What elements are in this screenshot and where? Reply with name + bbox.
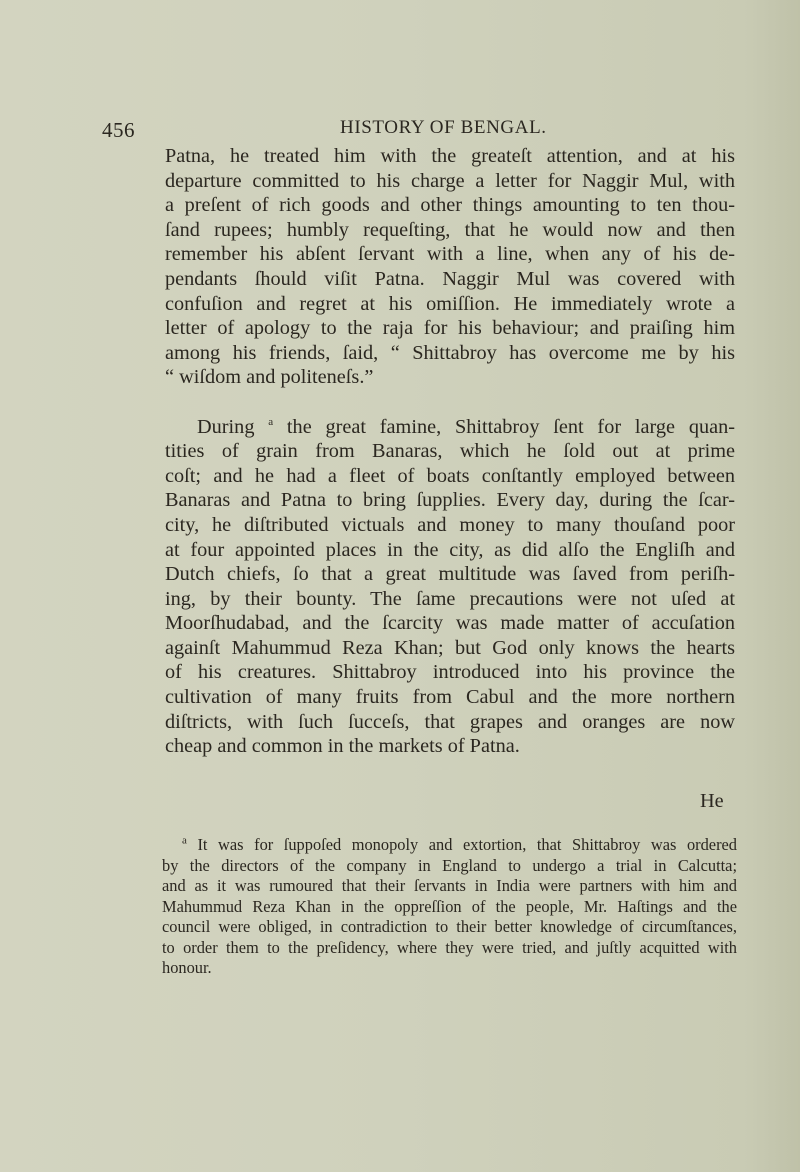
text-fragment: the great famine, Shittabroy ſent for la…	[273, 416, 735, 438]
text-line: Dutch chiefs, ſo that a great multitude …	[165, 562, 735, 587]
text-line: tities of grain from Banaras, which he ſ…	[165, 439, 735, 464]
text-line: During a the great famine, Shittabroy ſe…	[165, 415, 735, 440]
text-fragment: It was for ſuppoſed monopoly and extorti…	[187, 835, 737, 854]
footnote-line: honour.	[162, 958, 737, 979]
running-head: HISTORY OF BENGAL.	[340, 117, 547, 139]
text-line: ſand rupees; humbly requeſting, that he …	[165, 218, 735, 243]
text-line: pendants ſhould viſit Patna. Naggir Mul …	[165, 267, 735, 292]
text-line: at four appointed places in the city, as…	[165, 538, 735, 563]
catchword: He	[700, 790, 724, 813]
text-line: confuſion and regret at his omiſſion. He…	[165, 292, 735, 317]
text-line: ing, by their bounty. The ſame precautio…	[165, 587, 735, 612]
footnote-line: by the directors of the company in Engla…	[162, 856, 737, 877]
text-line: city, he diſtributed victuals and money …	[165, 513, 735, 538]
text-line: remember his abſent ſervant with a line,…	[165, 242, 735, 267]
footnote-line: to order them to the preſidency, where t…	[162, 938, 737, 959]
footnote-line: council were obliged, in contradiction t…	[162, 917, 737, 938]
footnote-line: a It was for ſuppoſed monopoly and extor…	[162, 835, 737, 856]
footnote-line: and as it was rumoured that their ſervan…	[162, 876, 737, 897]
paragraph-1: Patna, he treated him with the greateſt …	[165, 144, 735, 390]
text-line: departure committed to his charge a lett…	[165, 169, 735, 194]
text-fragment: During	[197, 416, 268, 438]
text-line: of his creatures. Shittabroy introduced …	[165, 660, 735, 685]
text-line: cultivation of many fruits from Cabul an…	[165, 685, 735, 710]
footnote: a It was for ſuppoſed monopoly and extor…	[162, 835, 737, 979]
paragraph-2: During a the great famine, Shittabroy ſe…	[165, 415, 735, 759]
text-line: coſt; and he had a fleet of boats conſta…	[165, 464, 735, 489]
text-line: Moorſhudabad, and the ſcarcity was made …	[165, 611, 735, 636]
text-line: among his friends, ſaid, “ Shittabroy ha…	[165, 341, 735, 366]
footnote-line: Mahummud Reza Khan in the oppreſſion of …	[162, 897, 737, 918]
text-line: letter of apology to the raja for his be…	[165, 316, 735, 341]
text-line: Patna, he treated him with the greateſt …	[165, 144, 735, 169]
page-number: 456	[102, 118, 135, 143]
text-line: Banaras and Patna to bring ſupplies. Eve…	[165, 488, 735, 513]
text-line: diſtricts, with ſuch ſucceſs, that grape…	[165, 710, 735, 735]
text-line: “ wiſdom and politeneſs.”	[165, 365, 735, 390]
text-line: cheap and common in the markets of Patna…	[165, 734, 735, 759]
main-text: Patna, he treated him with the greateſt …	[165, 144, 735, 759]
text-line: a preſent of rich goods and other things…	[165, 193, 735, 218]
text-line: againſt Mahummud Reza Khan; but God only…	[165, 636, 735, 661]
